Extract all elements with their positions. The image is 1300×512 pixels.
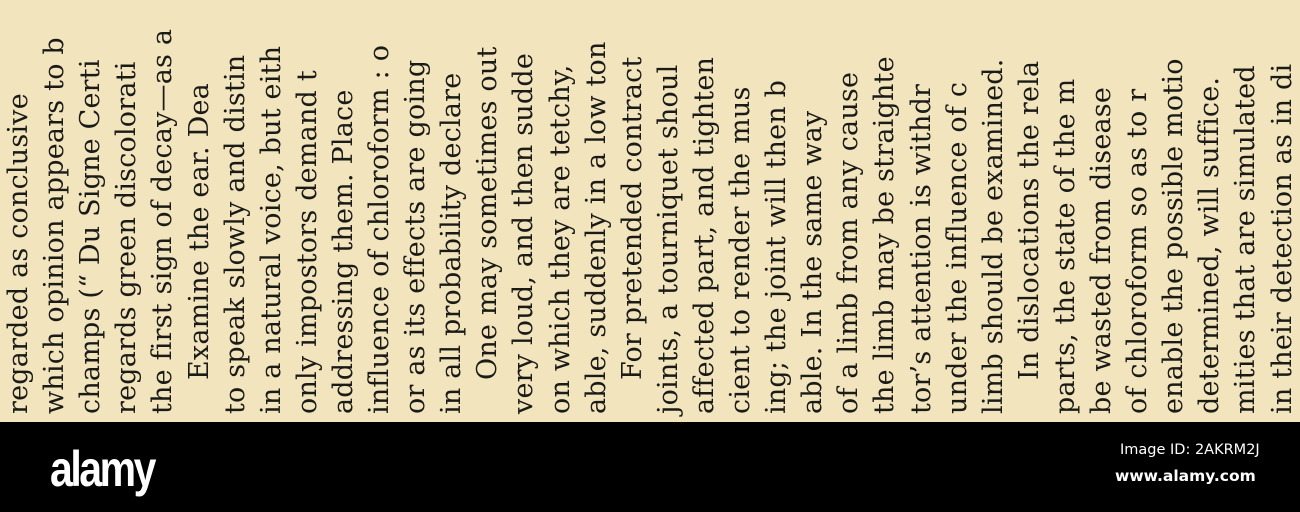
text-line: the limb may be straighte — [872, 56, 898, 414]
text-line: in a natural voice, but eith — [259, 46, 285, 414]
scanned-page: regarded as conclusivewhich opinion appe… — [0, 0, 1300, 422]
text-line: in their detection as in di — [1270, 64, 1296, 414]
stock-footer: alamy Image ID: 2AKRM2J www.alamy.com — [0, 422, 1300, 512]
text-line: able, suddenly in a low ton — [584, 41, 610, 414]
text-line: ing; the joint will then b — [764, 80, 790, 414]
text-line: parts, the state of the m — [1053, 79, 1079, 414]
text-line: One may sometimes out — [475, 46, 501, 414]
text-line: champs (“ Du Signe Certi — [78, 59, 104, 414]
text-line: For pretended contract — [620, 56, 646, 414]
text-line: joints, a tourniquet shoul — [656, 65, 682, 414]
text-line: enable the possible motio — [1161, 58, 1187, 414]
text-line: limb should be examined. — [981, 58, 1007, 414]
text-line: influence of chloroform : o — [367, 45, 393, 414]
text-line: able. In the same way — [800, 111, 826, 414]
text-line: be wasted from disease — [1089, 87, 1115, 414]
text-line: the first sign of decay—as a — [150, 29, 176, 414]
text-line: tor’s attention is withdr — [909, 84, 935, 414]
text-line: Examine the ear. Dea — [187, 83, 213, 414]
alamy-logo: alamy — [50, 440, 154, 498]
text-line: only impostors demand t — [295, 70, 321, 414]
image-id-label: Image ID: 2AKRM2J — [1120, 442, 1270, 458]
text-line: cient to render the mus — [728, 86, 754, 414]
text-line: determined, will suffice. — [1197, 77, 1223, 414]
text-line: very loud, and then sudde — [511, 53, 537, 414]
text-line: addressing them. Place — [331, 89, 357, 414]
text-line: under the influence of c — [945, 82, 971, 414]
text-line: mities that are simulated — [1233, 65, 1259, 414]
text-line: affected part, and tighten — [692, 57, 718, 414]
text-line: which opinion appears to b — [42, 37, 68, 414]
text-line: on which they are tetchy, — [548, 64, 574, 414]
text-line: of a limb from any cause — [836, 72, 862, 414]
text-line: regards green discolorati — [114, 61, 140, 414]
site-url: www.alamy.com — [1115, 467, 1256, 485]
rotated-text-block: regarded as conclusivewhich opinion appe… — [0, 0, 1300, 422]
text-line: in all probability declare — [439, 73, 465, 414]
text-line: In dislocations the rela — [1017, 61, 1043, 414]
text-line: or as its effects are going — [403, 60, 429, 414]
text-line: to speak slowly and distin — [223, 55, 249, 414]
text-line: regarded as conclusive — [6, 93, 32, 414]
text-line: of chloroform so as to r — [1125, 89, 1151, 414]
